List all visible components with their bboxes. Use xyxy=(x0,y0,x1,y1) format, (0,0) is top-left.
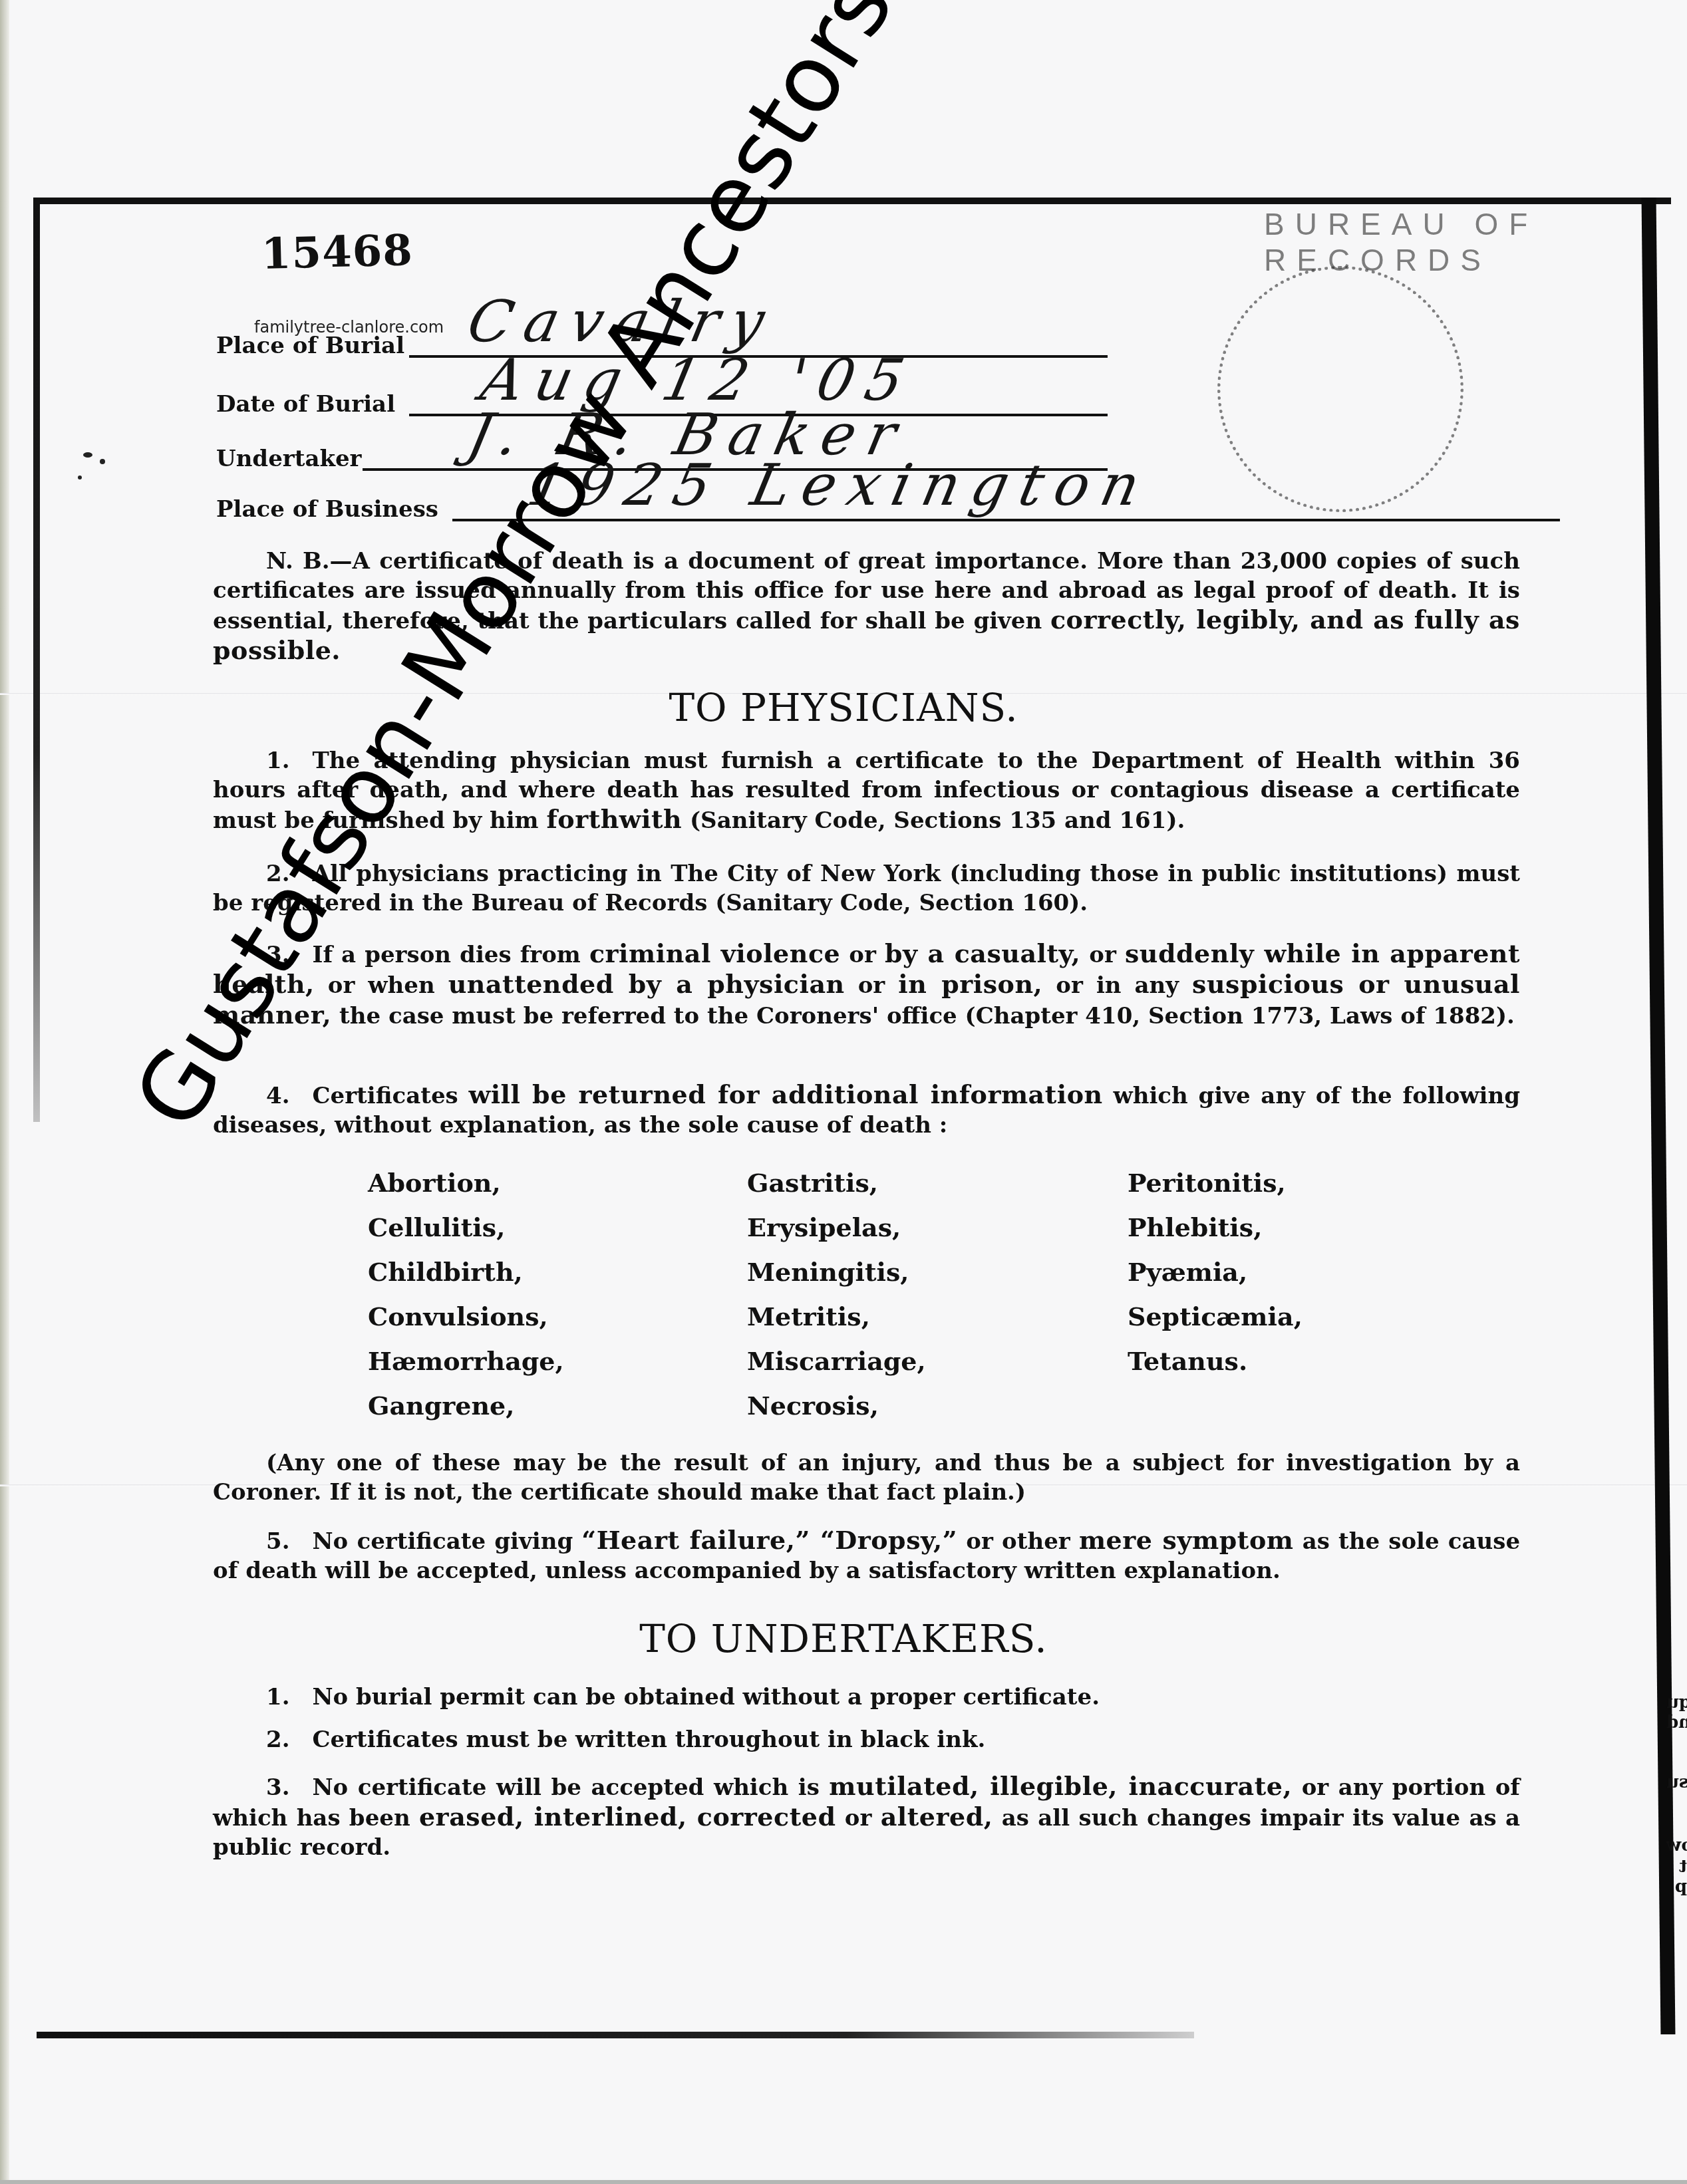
disease-item: Metritis, xyxy=(747,1294,926,1339)
body-text: or when xyxy=(315,972,448,999)
physician-item: 2. All physicians practicing in The City… xyxy=(213,859,1520,918)
item-number: 3. xyxy=(266,1774,313,1801)
body-text: (Sanitary Code, Sections 135 and 161). xyxy=(682,807,1185,834)
body-text: or xyxy=(836,1805,880,1832)
certificate-number: 15468 xyxy=(261,225,414,279)
body-text: or in any xyxy=(1042,972,1192,999)
form-border-left xyxy=(33,198,40,1122)
diseases-note: (Any one of these may be the result of a… xyxy=(213,1448,1520,1507)
body-text: Certificates xyxy=(313,1083,469,1109)
body-text: the case must be referred to the Coroner… xyxy=(331,1003,1515,1029)
postmark-stamp-icon xyxy=(1217,266,1463,512)
disease-item: Cellulitis, xyxy=(368,1205,564,1250)
body-text: or xyxy=(840,942,885,968)
field-label: Place of Business xyxy=(216,496,438,523)
emphasized-text: by a casualty, xyxy=(885,938,1080,968)
disease-item: Necrosis, xyxy=(747,1383,926,1428)
field-place-of-business: Place of Business 1925 Lexington xyxy=(216,483,1560,523)
disease-item: Miscarriage, xyxy=(747,1339,926,1383)
item-number: 2. xyxy=(266,1726,313,1753)
bleed-through-text: and d xyxy=(1666,1712,1687,1752)
undertaker-item: 3. No certificate will be accepted which… xyxy=(213,1772,1520,1862)
scan-edge-shadow xyxy=(0,0,9,2184)
emphasized-text: in prison, xyxy=(898,969,1042,999)
disease-column: Abortion,Cellulitis,Childbirth,Convulsio… xyxy=(368,1160,564,1428)
item-number: 1. xyxy=(266,748,313,774)
body-text: All physicians practicing in The City of… xyxy=(213,861,1520,916)
disease-item: Hæmorrhage, xyxy=(368,1339,564,1383)
physician-item: 1. The attending physician must furnish … xyxy=(213,746,1520,835)
emphasized-text: altered, xyxy=(881,1802,993,1832)
item-number: 4. xyxy=(266,1083,313,1109)
item-number: 5. xyxy=(266,1528,313,1555)
body-text: No burial permit can be obtained without… xyxy=(313,1684,1100,1710)
disease-column: Peritonitis,Phlebitis,Pyæmia,Septicæmia,… xyxy=(1128,1160,1303,1383)
diseases-note-text: (Any one of these may be the result of a… xyxy=(213,1450,1520,1506)
emphasized-text: will be returned for additional informat… xyxy=(468,1079,1102,1109)
undertaker-item: 2. Certificates must be written througho… xyxy=(213,1725,1520,1754)
scan-bottom-edge xyxy=(0,2180,1687,2184)
body-text: or xyxy=(845,972,899,999)
body-text: Certificates must be written throughout … xyxy=(313,1726,986,1753)
field-value-handwritten: 1925 Lexington xyxy=(522,452,1157,519)
disease-item: Phlebitis, xyxy=(1128,1205,1303,1250)
physician-item: 4. Certificates will be returned for add… xyxy=(213,1080,1520,1140)
body-text: No certificate giving xyxy=(313,1528,582,1555)
field-label: Place of Burial xyxy=(216,333,404,359)
heading-to-physicians: TO PHYSICIANS. xyxy=(0,685,1687,730)
item-number: 1. xyxy=(266,1684,313,1710)
disease-item: Gastritis, xyxy=(747,1160,926,1205)
disease-item: Pyæmia, xyxy=(1128,1250,1303,1294)
form-border-right xyxy=(1642,198,1676,2034)
emphasized-text: “Heart failure,” “Dropsy,” xyxy=(581,1525,957,1555)
disease-item: Peritonitis, xyxy=(1128,1160,1303,1205)
disease-item: Septicæmia, xyxy=(1128,1294,1303,1339)
emphasized-text: mutilated, illegible, inaccurate, xyxy=(829,1771,1292,1801)
body-text: No certificate will be accepted which is xyxy=(313,1774,830,1801)
disease-item: Erysipelas, xyxy=(747,1205,926,1250)
item-number: 3. xyxy=(266,942,313,968)
emphasized-text: forthwith xyxy=(546,804,682,834)
body-text: or other xyxy=(957,1528,1079,1555)
bleed-through-text: requ xyxy=(1666,1693,1687,1712)
disease-item: Gangrene, xyxy=(368,1383,564,1428)
bleed-through-text: usu xyxy=(1666,1772,1687,1792)
bleed-through-text: t p xyxy=(1666,1857,1687,1897)
body-text: If a person dies from xyxy=(313,942,589,968)
form-border-top xyxy=(33,198,1671,204)
form-border-bottom xyxy=(37,2032,1194,2038)
field-label: Date of Burial xyxy=(216,391,395,418)
disease-item: Childbirth, xyxy=(368,1250,564,1294)
physician-item: 3. If a person dies from criminal violen… xyxy=(213,939,1520,1031)
disease-column: Gastritis,Erysipelas,Meningitis,Metritis… xyxy=(747,1160,926,1428)
nb-notice: N. B.—A certificate of death is a docume… xyxy=(213,547,1520,666)
item-number: 2. xyxy=(266,861,313,887)
field-value-handwritten: Cavalry xyxy=(462,289,782,355)
emphasized-text: erased, interlined, corrected xyxy=(419,1802,836,1832)
physician-item: 5. No certificate giving “Heart failure,… xyxy=(213,1526,1520,1585)
field-label: Undertaker xyxy=(216,446,362,472)
ink-speck xyxy=(78,476,82,479)
undertaker-item: 1. No burial permit can be obtained with… xyxy=(213,1683,1520,1712)
ink-speck xyxy=(83,452,92,458)
heading-to-undertakers: TO UNDERTAKERS. xyxy=(0,1616,1687,1661)
disease-item: Convulsions, xyxy=(368,1294,564,1339)
ink-speck xyxy=(100,459,105,464)
emphasized-text: criminal violence xyxy=(589,938,840,968)
body-text: or xyxy=(1080,942,1125,968)
field-underline xyxy=(452,519,1560,521)
emphasized-text: unattended by a physician xyxy=(448,969,845,999)
disease-item: Tetanus. xyxy=(1128,1339,1303,1383)
disease-item: Abortion, xyxy=(368,1160,564,1205)
bleed-through-text: How xyxy=(1666,1836,1687,1855)
disease-item: Meningitis, xyxy=(747,1250,926,1294)
emphasized-text: mere symptom xyxy=(1079,1525,1294,1555)
